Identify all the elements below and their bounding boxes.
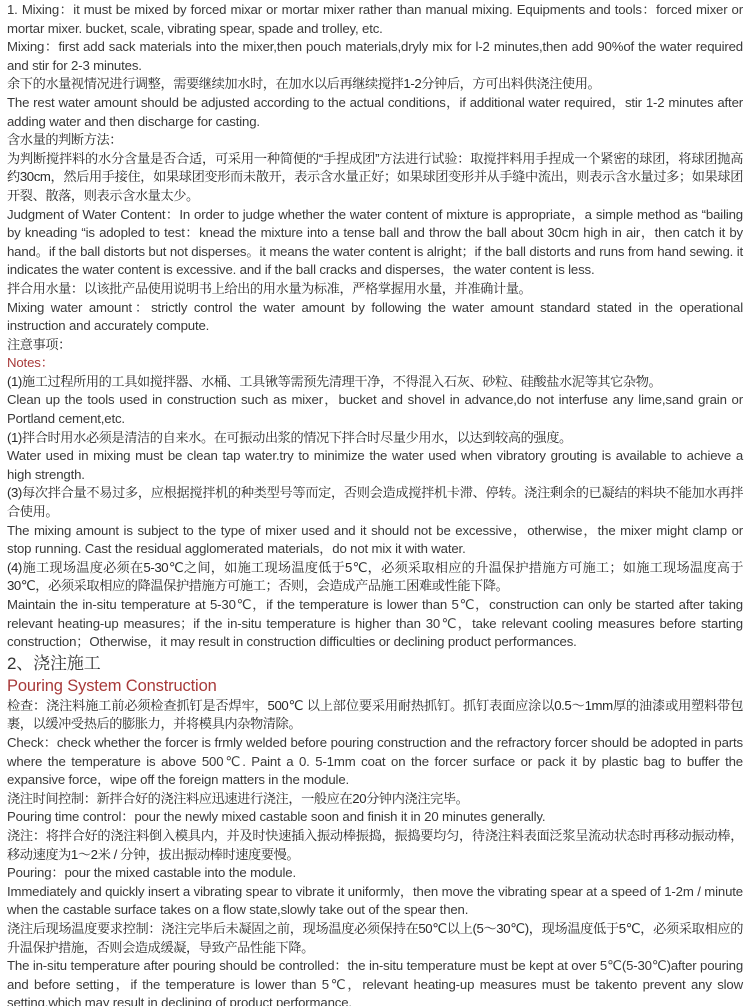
pouring-en-2: Immediately and quickly insert a vibrati…: [7, 883, 743, 920]
water-judgment-en: Judgment of Water Content：In order to ju…: [7, 206, 743, 280]
note-4-zh: (4)施工现场温度必须在5-30℃之间，如施工现场温度低于5℃，必须采取相应的升…: [7, 559, 743, 596]
note-3-en: The mixing amount is subject to the type…: [7, 522, 743, 559]
note-1-en: Clean up the tools used in construction …: [7, 391, 743, 428]
mixing-steps: Mixing：first add sack materials into the…: [7, 38, 743, 75]
mixing-water-amount-en: Mixing water amount：strictly control the…: [7, 299, 743, 336]
water-judgment-heading-zh: 含水量的判断方法：: [7, 131, 743, 150]
rest-water-zh: 余下的水量视情况进行调整，需要继续加水时，在加水以后再继续搅拌1-2分钟后，方可…: [7, 75, 743, 94]
mixing-water-amount-zh: 拌合用水量：以该批产品使用说明书上给出的用水量为标准，严格掌握用水量，并准确计量…: [7, 280, 743, 299]
section-2-title-zh: 2、浇注施工: [7, 653, 743, 675]
water-judgment-zh: 为判断搅拌料的水分含量是否合适，可采用一种简便的“手捏成团”方法进行试验：取搅拌…: [7, 150, 743, 206]
note-2-en: Water used in mixing must be clean tap w…: [7, 447, 743, 484]
note-3-zh: (3)每次拌合量不易过多，应根据搅拌机的种类型号等而定，否则会造成搅拌机卡滞、停…: [7, 484, 743, 521]
check-zh: 检查：浇注料施工前必须检查抓钉是否焊牢，500℃ 以上部位要采用耐热抓钉。抓钉表…: [7, 697, 743, 734]
pouring-time-en: Pouring time control：pour the newly mixe…: [7, 808, 743, 827]
mixing-intro: 1. Mixing：it must be mixed by forced mix…: [7, 1, 743, 38]
note-1-zh: (1)施工过程所用的工具如搅拌器、水桶、工具锹等需预先清理干净，不得混入石灰、砂…: [7, 373, 743, 392]
post-pour-temp-en: The in-situ temperature after pouring sh…: [7, 957, 743, 1006]
document: 1. Mixing：it must be mixed by forced mix…: [0, 0, 750, 1006]
post-pour-temp-zh: 浇注后现场温度要求控制：浇注完毕后未凝固之前，现场温度必须保持在50℃以上(5～…: [7, 920, 743, 957]
notes-heading-en: Notes：: [7, 354, 743, 373]
note-2-zh: (1)拌合时用水必须是清洁的自来水。在可振动出浆的情况下拌合时尽量少用水，以达到…: [7, 429, 743, 448]
rest-water-en: The rest water amount should be adjusted…: [7, 94, 743, 131]
pouring-time-zh: 浇注时间控制：新拌合好的浇注料应迅速进行浇注，一般应在20分钟内浇注完毕。: [7, 790, 743, 809]
pouring-en-1: Pouring：pour the mixed castable into the…: [7, 864, 743, 883]
note-4-en: Maintain the in-situ temperature at 5-30…: [7, 596, 743, 652]
check-en: Check：check whether the forcer is frmly …: [7, 734, 743, 790]
section-2-title-en: Pouring System Construction: [7, 675, 743, 697]
pouring-zh: 浇注：将拌合好的浇注料倒入模具内，并及时快速插入振动棒振捣，振捣要均匀，待浇注料…: [7, 827, 743, 864]
notes-heading-zh: 注意事项：: [7, 336, 743, 355]
